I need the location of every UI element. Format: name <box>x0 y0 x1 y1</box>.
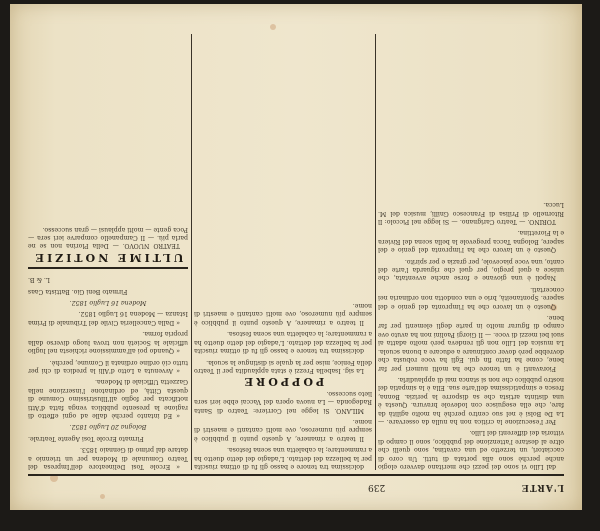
scanned-newspaper-page: L'ARTE 239 dal Lillo vi sono dei pezzi c… <box>0 0 600 531</box>
torino-note: TORINO. — Teatro Carignano. — Si legge n… <box>378 200 564 225</box>
column-divider <box>191 34 192 470</box>
paper-sheet: L'ARTE 239 dal Lillo vi sono dei pezzi c… <box>10 4 582 510</box>
header-rule <box>28 474 564 476</box>
paragraph: « Ed intanto perchè dalle ad ogni effett… <box>28 377 188 419</box>
paragraph: Il teatro a rimanere, A questo punto il … <box>194 417 372 442</box>
paragraph: Questo è un lavoro che ha l'impronta del… <box>378 284 564 309</box>
section-title: POPPORE <box>194 377 372 385</box>
initials: L. & B. <box>28 275 188 283</box>
paragraph: Napoli è una giovane e forse anche avven… <box>378 256 564 281</box>
paragraph: dolcissima tra tenore e basso gli fu di … <box>194 329 372 354</box>
column-2: dolcissima tra tenore e basso gli fu di … <box>194 34 372 470</box>
paragraph: La sig. Isabella Frezzi è stata applaudi… <box>194 357 372 374</box>
paragraph: « Quando poi all'ammissione richiesta ne… <box>28 329 188 354</box>
paragraph: dolcissima tra tenore e basso gli fu di … <box>194 445 372 470</box>
paragraph: Per l'esecuzione la critica non ha nulla… <box>378 375 564 425</box>
page-number: 239 <box>368 482 385 492</box>
dateline: Modena 16 Luglio 1852. <box>28 298 188 306</box>
column-1: dal Lillo vi sono dei pezzi che meritano… <box>378 34 564 470</box>
column-divider <box>375 34 376 470</box>
paragraph: « Dalla Cancelleria Civile del Tribunale… <box>28 309 188 326</box>
paragraph: MILANO. Si legge nel Corriere: Teatro di… <box>194 388 372 413</box>
paragraph: Il teatro a rimanere, A questo punto il … <box>194 301 372 326</box>
paragraph: « Avvenuta a Lotto d'Alli la predica di … <box>28 357 188 374</box>
closing-signature: Firmato Ercole Tosi Agente Teatrale. <box>28 433 188 441</box>
section-rule <box>28 267 188 269</box>
rotated-page: L'ARTE 239 dal Lillo vi sono dei pezzi c… <box>10 4 582 510</box>
paragraph: Questo è un lavoro che ha l'impronta del… <box>378 228 564 253</box>
page-header: L'ARTE 239 <box>28 474 564 496</box>
running-title: L'ARTE <box>521 482 564 492</box>
signature-line: Firmato Beni Gio. Battista Caas <box>28 286 188 294</box>
section-title-ultime-notizie: ULTIME NOTIZIE <box>28 252 188 260</box>
paragraph: Fioravanti è un tenore che ha molti nume… <box>378 313 564 372</box>
paragraph: dal Lillo vi sono dei pezzi che meritano… <box>378 428 564 470</box>
closing-dateline: Bologna 20 Luglio 1852. <box>28 422 188 430</box>
column-3: « Ercole Tosi Delineatore dell'Impresa d… <box>28 34 188 470</box>
theatre-note: TEATRO NUOVO. — Della Plorina non se ne … <box>28 224 188 249</box>
closing-notice: « Ercole Tosi Delineatore dell'Impresa d… <box>28 445 188 470</box>
